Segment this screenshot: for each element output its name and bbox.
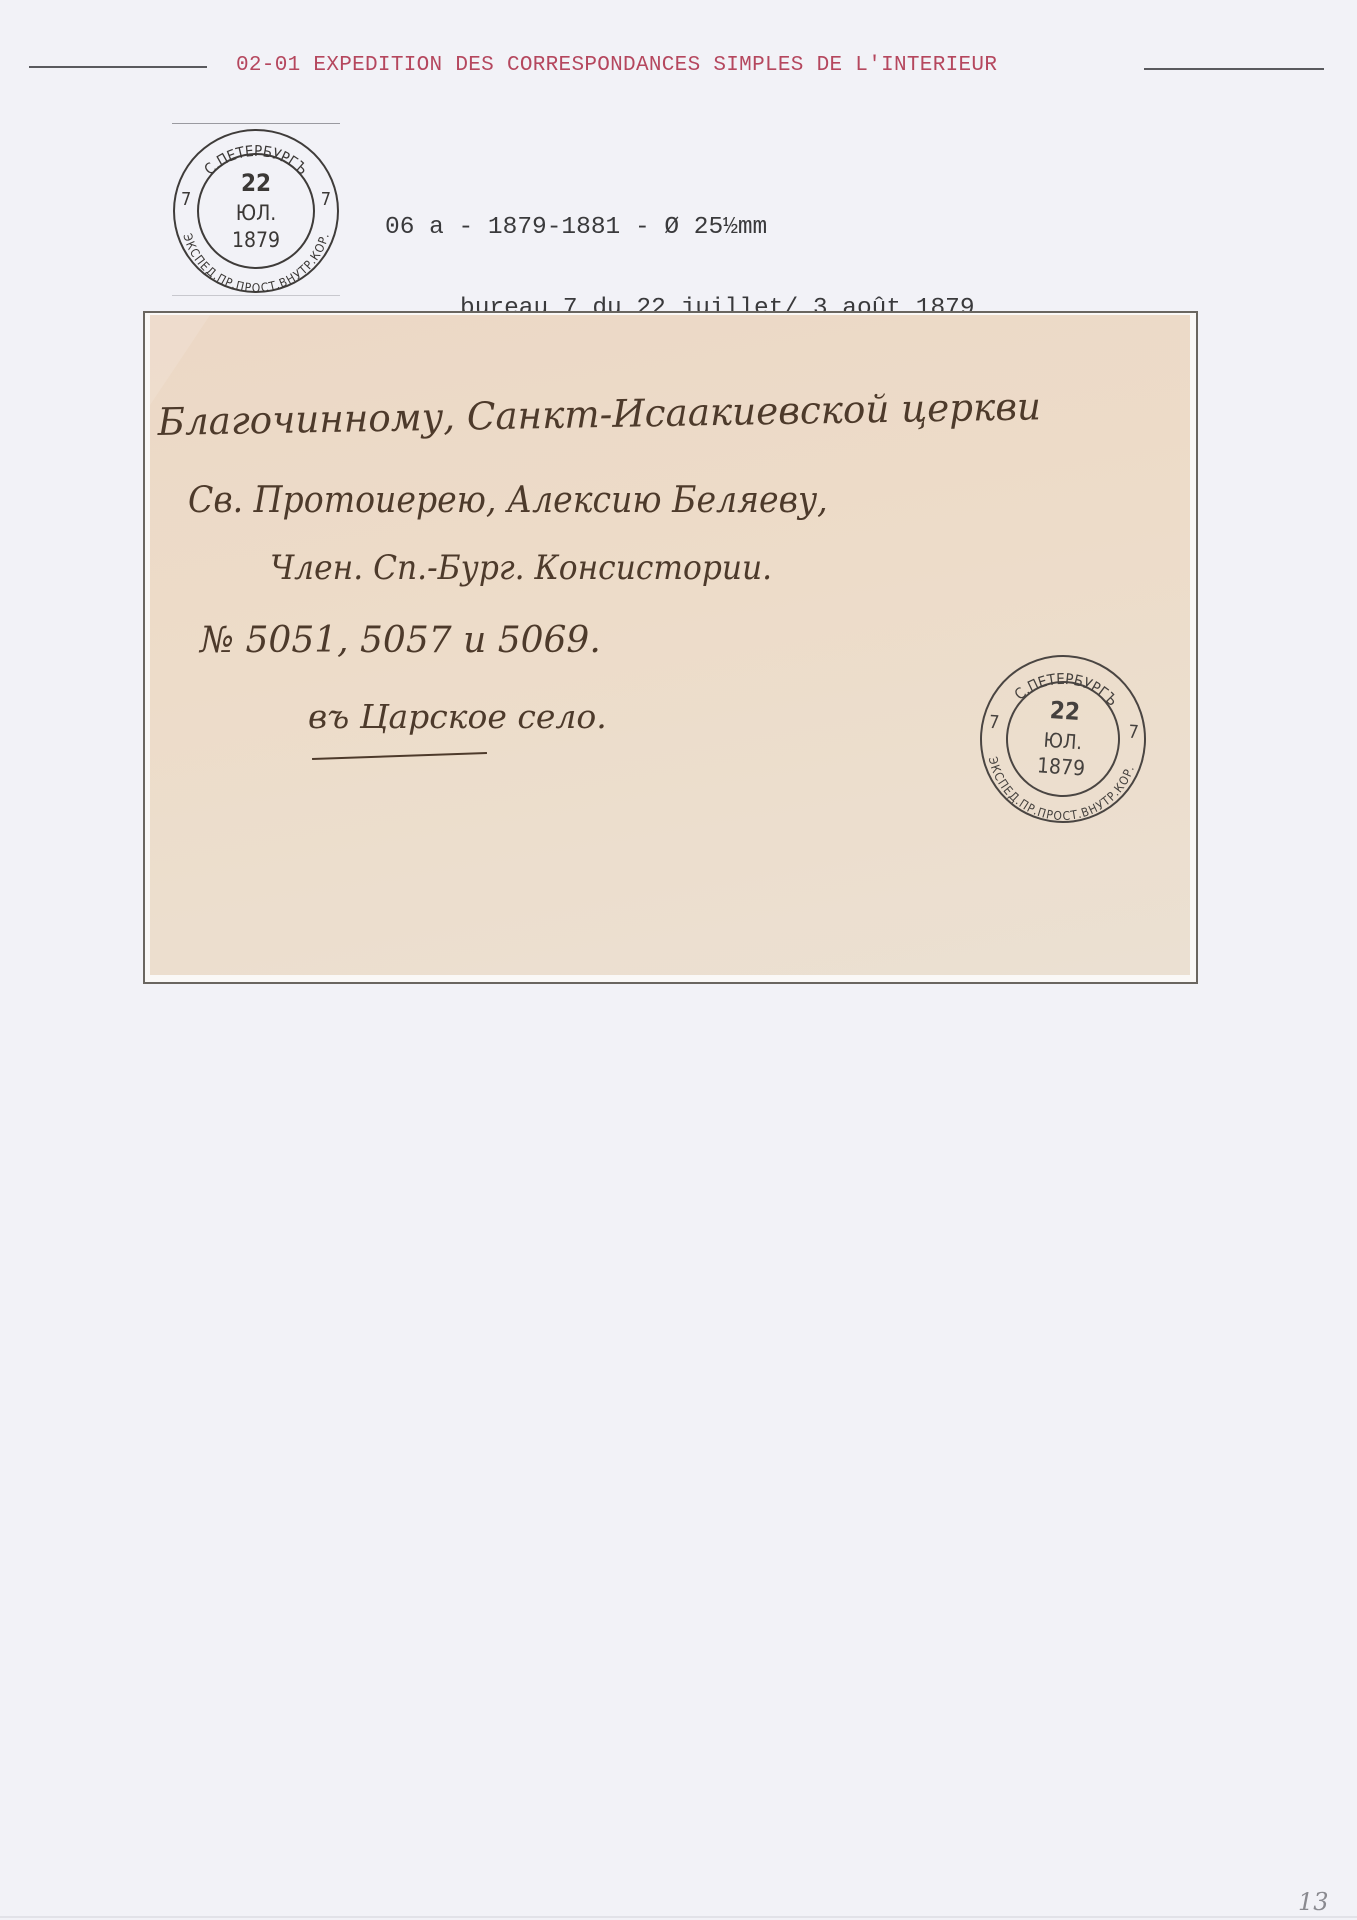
envelope-postmark: С.ПЕТЕРБУРГЪ ЭКСПЕД.ПР.ПРОСТ.ВНУТР.КОР. …: [974, 649, 1151, 828]
stamp-year: 1879: [175, 228, 337, 252]
stamp-month: ЮЛ.: [175, 201, 337, 225]
header-rule-left: [29, 66, 207, 68]
page-bottom-edge: [0, 1916, 1357, 1918]
reference-postmark: С.ПЕТЕРБУРГЪ ЭКСПЕД.ПР.ПРОСТ.ВНУТР.КОР. …: [173, 129, 339, 293]
header-rule-right: [1144, 68, 1324, 70]
page-number: 13: [1298, 1888, 1329, 1916]
address-line-3: Член. Сп.-Бург. Консистории.: [270, 548, 772, 588]
description-line-1: 06 a - 1879-1881 - Ø 25½mm: [385, 214, 1019, 241]
page-title: 02-01 EXPEDITION DES CORRESPONDANCES SIM…: [236, 54, 1116, 77]
address-line-5: въ Царское село.: [308, 697, 607, 736]
stamp-day: 22: [175, 169, 337, 197]
envelope-corner-mount: [150, 315, 210, 405]
address-line-4: № 5051, 5057 и 5069.: [200, 620, 601, 661]
stamp-cutout-edge: [172, 123, 340, 124]
stamp-cutout-bottom: [172, 295, 340, 296]
address-line-2: Св. Протоиерею, Алексию Беляеву,: [188, 480, 828, 521]
